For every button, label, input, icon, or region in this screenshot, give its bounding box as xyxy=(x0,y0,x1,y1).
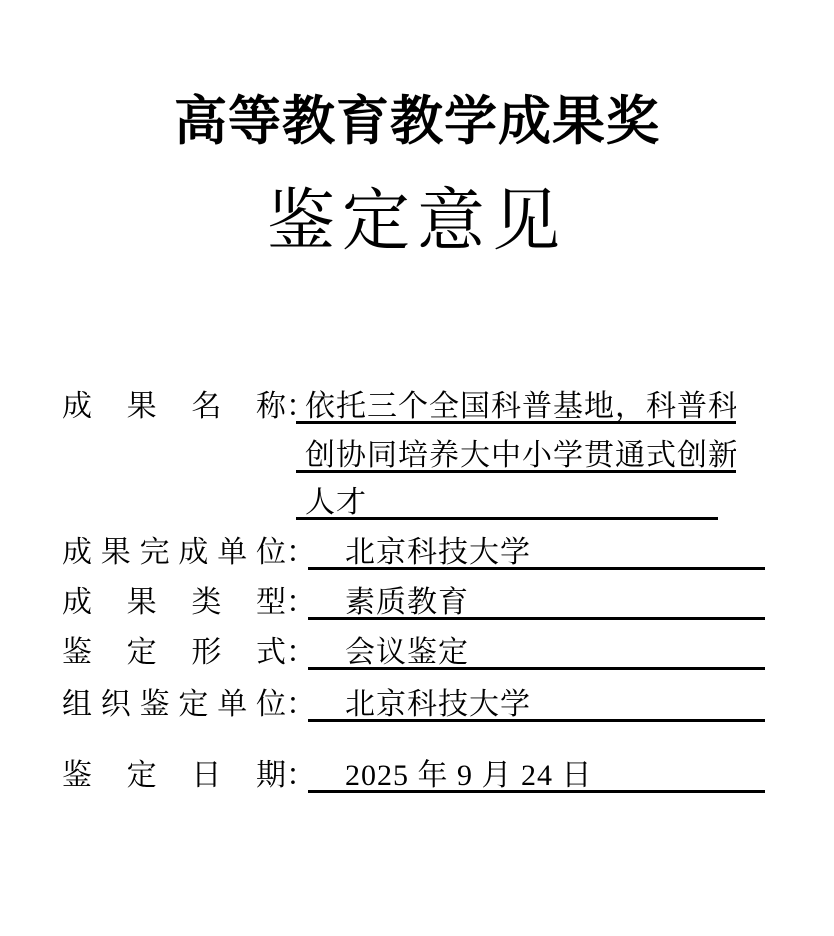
field-label-text: 鉴定日期 xyxy=(62,759,286,793)
field-value-achievement-name-line-2: 创协同培养大中小学贯通式创新 xyxy=(296,439,736,473)
field-label-text: 成果完成单位 xyxy=(62,536,286,570)
document-title: 高等教育教学成果奖 xyxy=(0,94,834,150)
field-value-appraisal-form: 会议鉴定 xyxy=(308,636,765,670)
field-label-organizing-institution: 组织鉴定单位： xyxy=(62,688,316,722)
field-value-achievement-name-line-1: 依托三个全国科普基地，科普科 xyxy=(296,390,736,424)
field-value-completing-institution: 北京科技大学 xyxy=(308,536,765,570)
field-label-text: 鉴定形式 xyxy=(62,636,286,670)
field-label-text: 成果类型 xyxy=(62,586,286,620)
field-value-appraisal-date: 2025 年 9 月 24 日 xyxy=(308,759,765,793)
field-label-text: 组织鉴定单位 xyxy=(62,688,286,722)
document-page: 高等教育教学成果奖 鉴定意见 成果名称： 依托三个全国科普基地，科普科 创协同培… xyxy=(0,0,834,936)
field-value-achievement-name-line-3: 人才 xyxy=(296,486,718,520)
field-label-completing-institution: 成果完成单位： xyxy=(62,536,316,570)
field-value-organizing-institution: 北京科技大学 xyxy=(308,688,765,722)
field-value-achievement-type: 素质教育 xyxy=(308,586,765,620)
field-label-achievement-type: 成果类型： xyxy=(62,586,316,620)
field-label-text: 成果名称 xyxy=(62,390,286,424)
field-label-achievement-name: 成果名称： xyxy=(62,390,316,424)
field-label-appraisal-form: 鉴定形式： xyxy=(62,636,316,670)
field-label-appraisal-date: 鉴定日期： xyxy=(62,759,316,793)
document-subtitle: 鉴定意见 xyxy=(0,184,834,259)
